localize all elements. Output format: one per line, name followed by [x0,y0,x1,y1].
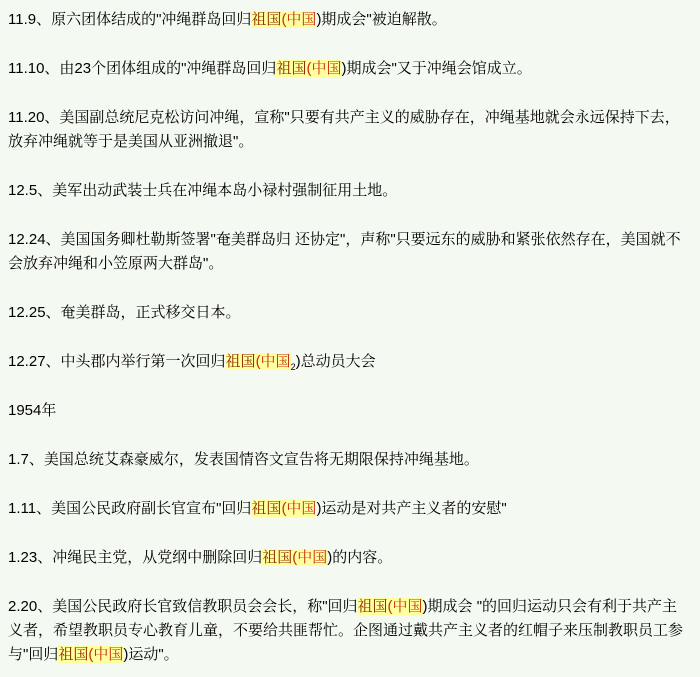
highlighted-keyword: (中国 [306,60,341,77]
highlighted-keyword: 祖国 [276,60,306,77]
text-run: 1.7、美国总统艾森豪威尔，发表国情咨文宣告将无期限保持冲绳基地。 [8,451,479,468]
highlighted-keyword: (中国 [88,646,123,663]
text-run: 12.25、奄美群岛，正式移交日本。 [8,304,241,321]
document-body: 11.9、原六团体结成的"冲绳群岛回归祖国(中国)期成会"被迫解散。11.10、… [0,0,700,677]
highlighted-keyword: 祖国 [251,11,281,28]
paragraph: 1954年 [8,399,692,423]
highlighted-keyword: 祖国 [262,549,292,566]
text-run: 12.24、美国国务卿杜勒斯签署"奄美群岛归 还协定"，声称"只要远东的威胁和紧… [8,231,681,272]
paragraph: 12.25、奄美群岛，正式移交日本。 [8,301,692,325]
highlighted-keyword: 祖国 [358,598,388,615]
paragraph: 11.9、原六团体结成的"冲绳群岛回归祖国(中国)期成会"被迫解散。 [8,8,692,32]
highlighted-keyword: 祖国 [58,646,88,663]
highlighted-keyword: 祖国 [226,353,256,370]
paragraph: 2.20、美国公民政府长官致信教职员会会长，称"回归祖国(中国)期成会 "的回归… [8,595,692,667]
paragraph: 12.24、美国国务卿杜勒斯签署"奄美群岛归 还协定"，声称"只要远东的威胁和紧… [8,228,692,276]
text-run: )期成会"又于冲绳会馆成立。 [341,60,531,77]
highlighted-keyword: 祖国 [251,500,281,517]
paragraph: 1.11、美国公民政府副长官宣布"回归祖国(中国)运动是对共产主义者的安慰" [8,497,692,521]
paragraph: 1.23、冲绳民主党，从党纲中删除回归祖国(中国)的内容。 [8,546,692,570]
highlighted-keyword: (中国 [281,11,316,28]
text-run: 2.20、美国公民政府长官致信教职员会会长，称"回归 [8,598,358,615]
text-run: )运动"。 [123,646,178,663]
text-run: )的内容。 [327,549,392,566]
text-run: 11.9、原六团体结成的"冲绳群岛回归 [8,11,251,28]
highlighted-keyword: (中国 [256,353,291,370]
paragraph: 11.10、由23个团体组成的"冲绳群岛回归祖国(中国)期成会"又于冲绳会馆成立… [8,57,692,81]
highlighted-keyword: (中国 [281,500,316,517]
highlighted-keyword: (中国 [388,598,423,615]
text-run: 12.5、美军出动武装士兵在冲绳本岛小禄村强制征用土地。 [8,182,397,199]
paragraph: 1.7、美国总统艾森豪威尔，发表国情咨文宣告将无期限保持冲绳基地。 [8,448,692,472]
text-run: )总动员大会 [296,353,376,370]
text-run: )期成会"被迫解散。 [316,11,446,28]
text-run: 1.23、冲绳民主党，从党纲中删除回归 [8,549,262,566]
paragraph: 12.5、美军出动武装士兵在冲绳本岛小禄村强制征用土地。 [8,179,692,203]
paragraph: 12.27、中头郡内举行第一次回归祖国(中国2)总动员大会 [8,350,692,374]
text-run: 1954年 [8,402,56,419]
text-run: 12.27、中头郡内举行第一次回归 [8,353,226,370]
text-run: )运动是对共产主义者的安慰" [316,500,506,517]
text-run: 11.20、美国副总统尼克松访问冲绳，宣称"只要有共产主义的威胁存在，冲绳基地就… [8,109,680,150]
highlighted-keyword: (中国 [292,549,327,566]
text-run: 1.11、美国公民政府副长官宣布"回归 [8,500,251,517]
paragraph: 11.20、美国副总统尼克松访问冲绳，宣称"只要有共产主义的威胁存在，冲绳基地就… [8,106,692,154]
text-run: 11.10、由23个团体组成的"冲绳群岛回归 [8,60,276,77]
